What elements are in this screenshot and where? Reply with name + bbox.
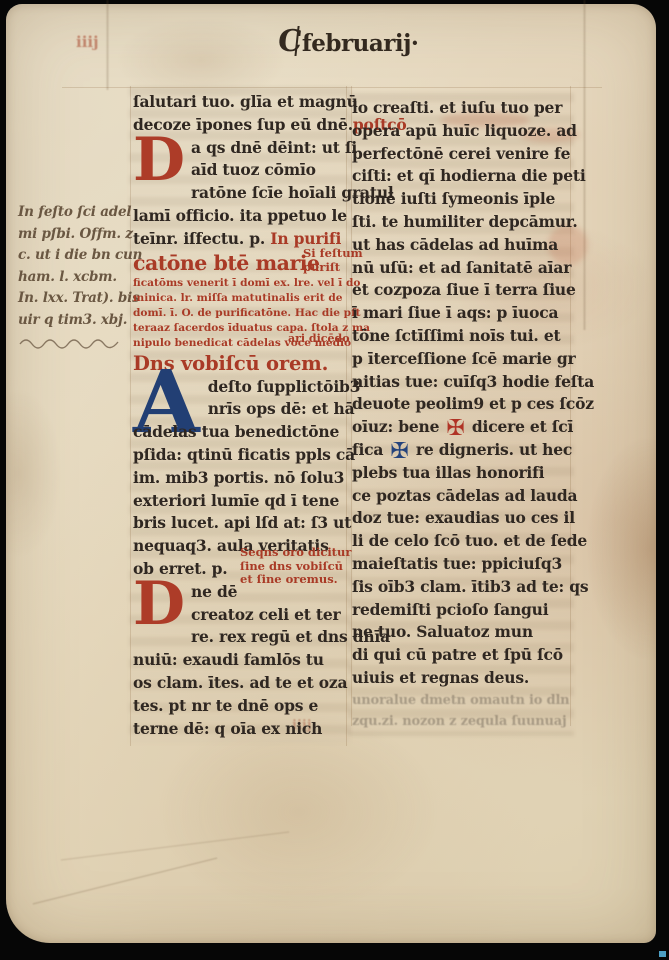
text-line: re. rex regū et dns dnīa — [133, 626, 347, 649]
text-line: ce poztas cādelas ad lauda — [352, 485, 570, 508]
text-line: im. mib3 portis. nō ſolu3 — [133, 467, 347, 490]
text-line: fica ✠ re digneris. ut hec — [352, 439, 570, 462]
text-line: tōne ſctīſſimi noīs tui. et — [352, 325, 570, 348]
text-line: tionē iuſti ſymeonis īple — [352, 188, 570, 211]
running-title: Cfebruarij· — [278, 24, 418, 59]
text-line: doz tue: exaudias uo ces il — [352, 507, 570, 530]
text-column-left: ſalutari tuo. glīa et magnūdecoze īpones… — [133, 91, 347, 740]
note-line: In. lxx. Trat). bis — [18, 288, 130, 310]
rubric-sidenote-oratio: Seqns oro diciturſine dns vobiſcūet ſine… — [240, 546, 351, 587]
text-line: maieſtatis tue: ppiciuſq3 — [352, 553, 570, 576]
rubric-sidenote-ari: ari dicēdo — [288, 333, 350, 345]
manuscript-photo: Cfebruarij· iiij iiij In feſto ſci adelm… — [0, 0, 669, 960]
text-line: tes. pt nr te dnē ops e — [133, 695, 347, 718]
text-line: unoralue dmetn omautn io dln — [352, 690, 570, 711]
maltese-cross-red-icon: ✠ — [444, 416, 466, 441]
text-line: di qui cū patre et ſpū ſcō — [352, 644, 570, 667]
text-line: li de celo ſcō tuo. et de ſede — [352, 530, 570, 553]
text-line: ficatōms venerit ī domī ex. lre. vel ī d… — [133, 276, 347, 291]
text-line: exteriori lumīe qd ī tene — [133, 490, 347, 513]
color-chip — [659, 951, 666, 957]
text-line: uiuis et regnas deus. — [352, 667, 570, 690]
text-line: nuiū: exaudi famlōs tu — [133, 649, 347, 672]
note-line: Si feſtum — [303, 247, 363, 261]
month-name: februarij· — [302, 30, 419, 57]
text-line: nū uſū: et ad ſanitatē aīar — [352, 257, 570, 280]
text-line: minica. lr. miſſa matutinalis erit de — [133, 291, 347, 306]
text-line: nrīs ops dē: et hā — [133, 398, 347, 421]
note-line: ari dicēdo — [288, 333, 350, 345]
text-line: deuote peolim9 et p ces ſcōz — [352, 393, 570, 416]
text-line: ſalutari tuo. glīa et magnū — [133, 91, 347, 114]
note-line: c. ut i die bn cun — [18, 245, 130, 267]
maltese-cross-blue-icon: ✠ — [388, 439, 410, 464]
note-line: Seqns oro dicitur — [240, 546, 351, 560]
text-line: pſida: qtinū ficatis ppls cā — [133, 444, 347, 467]
text-line: opera apū huīc liquoze. ad — [352, 120, 570, 143]
text-line: ratōne ſcīe hoīali gratul — [133, 182, 347, 205]
text-line: ut has cādelas ad huīma — [352, 234, 570, 257]
text-line: oīuz: bene ✠ dicere et ſcī — [352, 416, 570, 439]
text-line: ne tuo. Saluatoz mun — [352, 621, 570, 644]
margin-note: In feſto ſci adelmi pſbi. Offm. zc. ut i… — [18, 202, 130, 357]
text-line: ſis oīb3 clam. ītib3 ad te: qs — [352, 576, 570, 599]
text-line: a qs dnē dēint: ut ſi — [133, 137, 347, 160]
text-line: os clam. ītes. ad te et oza — [133, 672, 347, 695]
text-line: lamī officio. ita ppetuo le — [133, 205, 347, 228]
note-line: mi pſbi. Offm. z — [18, 224, 130, 246]
text-line: terne dē: q oīa ex nich — [133, 718, 347, 741]
text-line: creatoz celi et ter — [133, 604, 347, 627]
note-line: uir q tim3. xbj. — [18, 310, 130, 332]
note-line: puriſt — [303, 261, 363, 275]
text-line: perfectōnē cerei venire fe — [352, 143, 570, 166]
text-line: ſti. te humiliter depcāmur. — [352, 211, 570, 234]
note-line: et ſine oremus. — [240, 573, 351, 587]
text-line: ī mari ſiue ī aqs: p īuoca — [352, 302, 570, 325]
text-line: aīd tuoz cōmīo — [133, 159, 347, 182]
paraph-mark: C — [276, 24, 304, 59]
text-line: p īterceſſione ſcē marie gr — [352, 348, 570, 371]
flourish-scribble — [18, 335, 122, 349]
note-line: ſine dns vobiſcū — [240, 560, 351, 574]
text-line: et cozpoza ſiue ī terra ſiue — [352, 279, 570, 302]
note-line: ham. l. xcbm. — [18, 267, 130, 289]
text-line: cādelas tua benedictōne — [133, 421, 347, 444]
note-line: In feſto ſci adel — [18, 202, 130, 224]
text-line: lo creaſti. et iuſu tuo per — [352, 97, 570, 120]
text-line: ciſti: et qī hodierna die peti — [352, 165, 570, 188]
text-line: bris lucet. api lſd at: ſ3 ut — [133, 512, 347, 535]
text-line: nitias tue: cuīſq3 hodie feſta — [352, 371, 570, 394]
text-line: deſto ſupplictōib3 — [133, 376, 347, 399]
margin-note-lines: In feſto ſci adelmi pſbi. Offm. zc. ut i… — [18, 202, 130, 331]
rubric-sidenote-purification: Si feſtumpuriſt — [303, 247, 363, 274]
text-line: domī. ī. O. de purificatōne. Hac die pſt — [133, 306, 347, 321]
text-line: redemiſti pcioſo ſangui — [352, 599, 570, 622]
text-line: plebs tua illas honorifi — [352, 462, 570, 485]
quire-mark-top: iiij — [76, 33, 99, 51]
text-line: zqu.zi. nozon z zequla ſuunuaj — [352, 711, 570, 732]
text-column-right: lo creaſti. et iuſu tuo peropera apū huī… — [352, 97, 570, 732]
